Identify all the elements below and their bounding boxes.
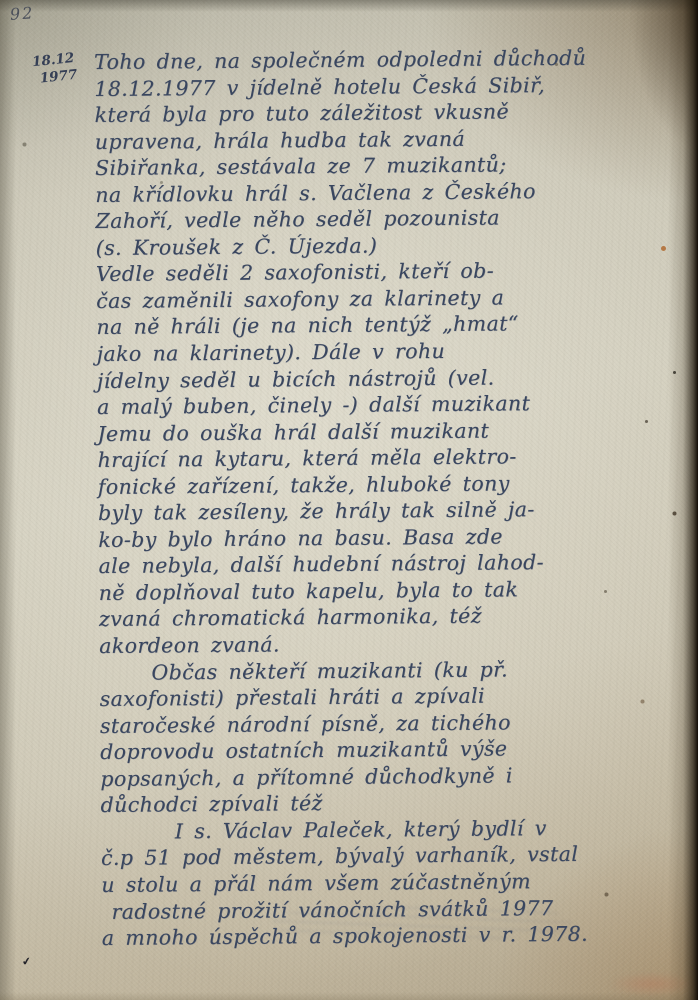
page-edge-shadow-bottom bbox=[0, 992, 698, 1000]
chronicle-page: 92 18.12 1977 Toho dne, na společném odp… bbox=[0, 0, 698, 1000]
margin-date-note: 18.12 1977 bbox=[31, 50, 78, 88]
page-number: 92 bbox=[9, 3, 35, 24]
page-edge-shadow-left bbox=[0, 0, 16, 1000]
manuscript-line: a mnoho úspěchů a spokojenosti v r. 1978… bbox=[102, 920, 680, 952]
margin-date-year: 1977 bbox=[33, 67, 78, 88]
manuscript-text: Toho dne, na společném odpoledni důchodů… bbox=[94, 44, 680, 952]
page-edge-shadow-top bbox=[0, 0, 698, 12]
manuscript-line: Toho dne, na společném odpoledni důchodů bbox=[94, 44, 672, 76]
checkmark-icon: ✔ bbox=[21, 954, 32, 968]
